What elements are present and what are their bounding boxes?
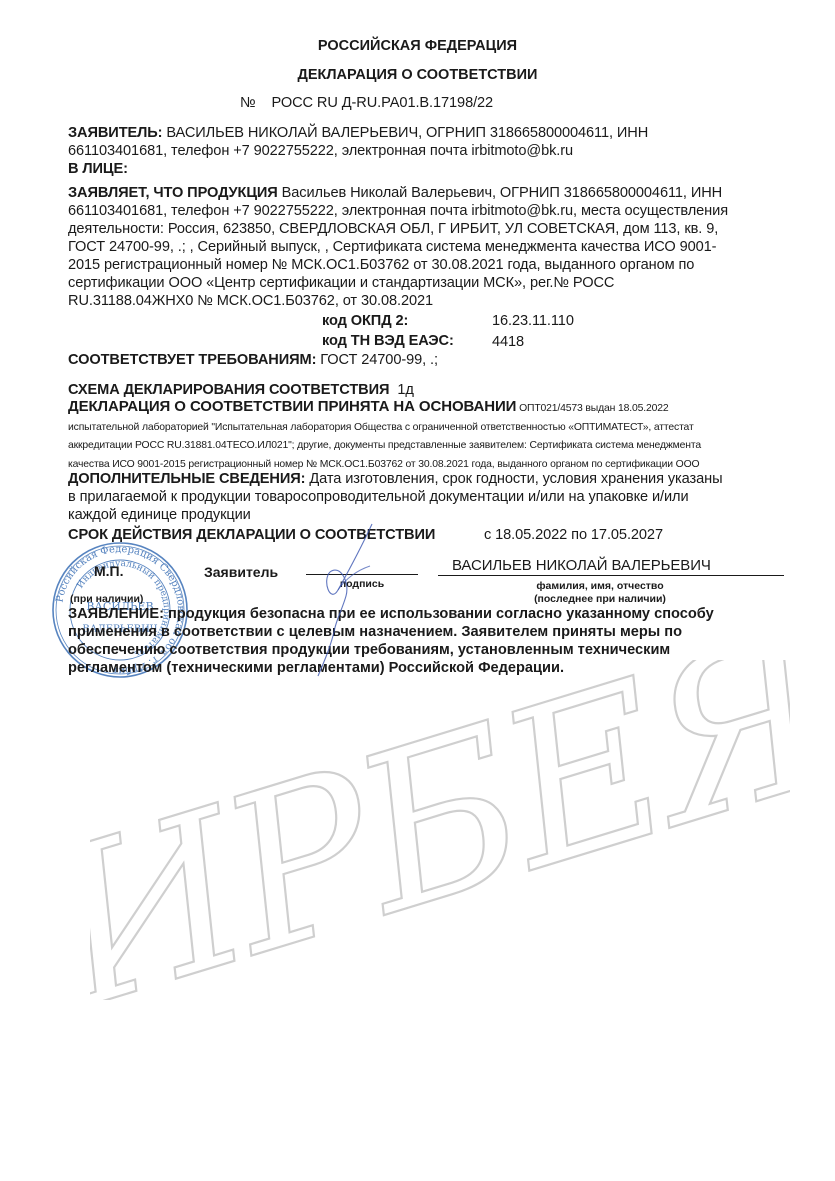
statement-line: регламентом (техническими регламентами) …: [68, 659, 808, 677]
requirements: СООТВЕТСТВУЕТ ТРЕБОВАНИЯМ: ГОСТ 24700-99…: [68, 351, 438, 369]
country-title: РОССИЙСКАЯ ФЕДЕРАЦИЯ: [0, 38, 835, 54]
applicant-line-2: 661103401681, телефон +7 9022755222, эле…: [68, 142, 788, 160]
document-title: ДЕКЛАРАЦИЯ О СООТВЕТСТВИИ: [0, 67, 835, 83]
statement-line: обеспечению соответствия продукции требо…: [68, 641, 808, 659]
additional-first: Дата изготовления, срок годности, услови…: [305, 471, 722, 487]
statement-line: ЗАЯВЛЕНИЕ: продукция безопасна при ее ис…: [68, 605, 808, 623]
handwritten-signature: [300, 520, 390, 680]
scheme-label: СХЕМА ДЕКЛАРИРОВАНИЯ СООТВЕТСТВИЯ: [68, 382, 389, 398]
declaration-number: № РОСС RU Д-RU.РА01.В.17198/22: [240, 94, 493, 112]
additional-section: ДОПОЛНИТЕЛЬНЫЕ СВЕДЕНИЯ: Дата изготовлен…: [68, 470, 808, 524]
product-line: Васильев Николай Валерьевич, ОГРНИП 3186…: [278, 185, 722, 201]
applicant-signature-label: Заявитель: [204, 564, 278, 580]
stamp-label: М.П.: [94, 563, 124, 579]
product-label: ЗАЯВЛЯЕТ, ЧТО ПРОДУКЦИЯ: [68, 185, 278, 201]
product-line: деятельности: Россия, 623850, СВЕРДЛОВСК…: [68, 220, 798, 238]
applicant-full-name: ВАСИЛЬЕВ НИКОЛАЙ ВАЛЕРЬЕВИЧ: [452, 557, 711, 575]
product-line: 661103401681, телефон +7 9022755222, эле…: [68, 202, 798, 220]
requirements-value: ГОСТ 24700-99, .;: [316, 352, 438, 368]
okpd-label: код ОКПД 2:: [322, 312, 408, 330]
basis-line: аккредитации РОСС RU.31881.04ТЕСО.ИЛ021"…: [68, 437, 808, 456]
number-value: РОСС RU Д-RU.РА01.В.17198/22: [272, 95, 494, 111]
name-caption: фамилия, имя, отчество: [500, 580, 700, 593]
svg-text:ИРБЕЯ: ИРБЕЯ: [90, 660, 790, 1000]
product-line: ГОСТ 24700-99, .; , Серийный выпуск, , С…: [68, 238, 798, 256]
additional-line: каждой единице продукции: [68, 506, 808, 524]
name-caption-note: (последнее при наличии): [500, 593, 700, 606]
applicant-section: ЗАЯВИТЕЛЬ: ВАСИЛЬЕВ НИКОЛАЙ ВАЛЕРЬЕВИЧ, …: [68, 124, 788, 178]
watermark-logo: ИРБЕЯ: [90, 660, 790, 1000]
tnved-label: код ТН ВЭД ЕАЭС:: [322, 332, 454, 350]
tnved-value: 4418: [492, 333, 524, 351]
validity-value: с 18.05.2022 по 17.05.2027: [484, 526, 663, 544]
stamp-note: (при наличии): [70, 593, 143, 605]
scheme: СХЕМА ДЕКЛАРИРОВАНИЯ СООТВЕТСТВИЯ 1д: [68, 381, 414, 399]
product-line: сертификации ООО «Центр сертификации и с…: [68, 274, 798, 292]
statement-section: ЗАЯВЛЕНИЕ: продукция безопасна при ее ис…: [68, 605, 808, 677]
number-sign: №: [240, 95, 256, 111]
additional-line: в прилагаемой к продукции товаросопровод…: [68, 488, 808, 506]
basis-label: ДЕКЛАРАЦИЯ О СООТВЕТСТВИИ ПРИНЯТА НА ОСН…: [68, 398, 516, 415]
additional-label: ДОПОЛНИТЕЛЬНЫЕ СВЕДЕНИЯ:: [68, 471, 305, 487]
basis-line: испытательной лабораторией "Испытательна…: [68, 419, 808, 438]
product-line: 2015 регистрационный номер № МСК.ОС1.Б03…: [68, 256, 798, 274]
basis-section: ДЕКЛАРАЦИЯ О СООТВЕТСТВИИ ПРИНЯТА НА ОСН…: [68, 398, 808, 474]
okpd-value: 16.23.11.110: [492, 312, 574, 330]
declaration-page: ИРБЕЯ РОССИЙСКАЯ ФЕДЕРАЦИЯ ДЕКЛАРАЦИЯ О …: [0, 0, 835, 1181]
basis-first: ОПТ021/4573 выдан 18.05.2022: [516, 403, 668, 414]
requirements-label: СООТВЕТСТВУЕТ ТРЕБОВАНИЯМ:: [68, 352, 316, 368]
applicant-label: ЗАЯВИТЕЛЬ:: [68, 125, 162, 141]
scheme-value: 1д: [397, 382, 413, 398]
name-line: [438, 575, 784, 576]
person-label: В ЛИЦЕ:: [68, 160, 788, 178]
product-line: RU.31188.04ЖНХ0 № МСК.ОС1.Б03762, от 30.…: [68, 292, 798, 310]
statement-line: применения в соответствии с целевым назн…: [68, 623, 808, 641]
applicant-line-1: ВАСИЛЬЕВ НИКОЛАЙ ВАЛЕРЬЕВИЧ, ОГРНИП 3186…: [162, 125, 648, 141]
product-section: ЗАЯВЛЯЕТ, ЧТО ПРОДУКЦИЯ Васильев Николай…: [68, 184, 798, 310]
